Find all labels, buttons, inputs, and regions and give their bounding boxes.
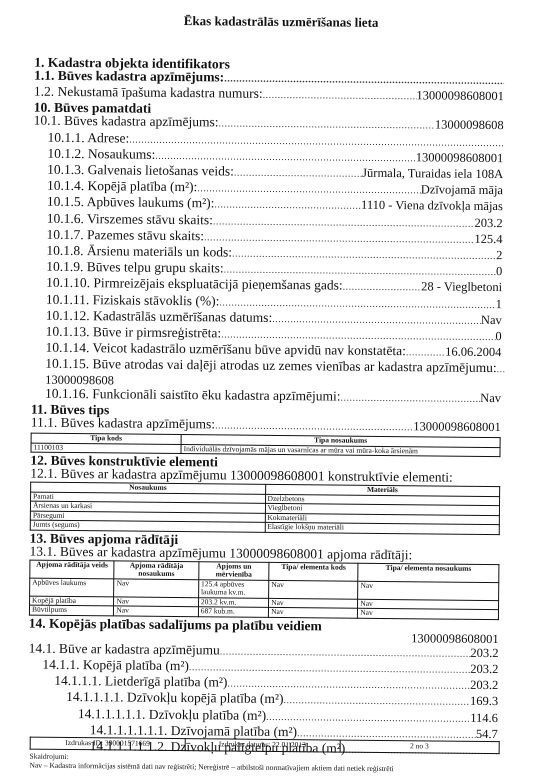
field-value: 0: [495, 329, 501, 343]
table-cell: Nav: [358, 581, 499, 600]
document-title: Ēkas kadastrālās uzmērīšanas lieta: [4, 11, 555, 32]
leader-dots: [497, 364, 505, 378]
field-label: 10.1.7. Pazemes stāvu skaits:: [47, 228, 205, 244]
section-10-fields: 10.1. Būves kadastra apzīmējums:13000098…: [31, 114, 504, 407]
field-value: 1110 - Viena dzīvokļa mājas: [361, 198, 503, 214]
leader-dots: [343, 281, 422, 296]
field-value: Nav: [481, 313, 502, 327]
print-id: Izdrukas ID: 390001571669: [30, 737, 185, 750]
field-label: 10.1.4. Kopējā platība (m²):: [47, 179, 197, 195]
field-label: 10.1.10. Pirmreizējais ekspluatācijā pie…: [46, 276, 343, 293]
table-cell: Nav: [358, 608, 499, 619]
table-cell: Nav: [269, 607, 358, 617]
column-header: Tipa/ elementa kods: [269, 562, 358, 581]
field-label: 14.1.1.1.1.1. Dzīvokļu platība (m²): [78, 707, 266, 723]
leader-dots: [220, 645, 471, 662]
leader-dots: [232, 248, 496, 265]
field-label: 14.1.1.1. Lietderīgā platība (m²): [54, 674, 227, 690]
document-content: 1. Kadastra objekta identifikators 1.1. …: [28, 56, 505, 760]
leader-dots: [224, 72, 504, 89]
field-value: 203.2: [470, 662, 498, 676]
building-code-value: 13000098608001: [411, 631, 499, 646]
field-value: 114.6: [470, 710, 498, 724]
field-label: 14.1. Būve ar kadastra apzīmējumu: [29, 641, 220, 657]
column-header: Tipa/ elementa nosaukums: [358, 563, 499, 582]
table-cell: 687 kub.m.: [198, 607, 268, 617]
leader-dots: [189, 661, 470, 678]
field-label: 10.1.2. Nosaukums:: [47, 147, 155, 162]
field-label: 14.1.1.1.1. Dzīvokļu kopējā platība (m²): [66, 690, 284, 706]
column-header: Apjoms un mērvienība: [199, 561, 270, 580]
column-header: Apjoma rādītāja veids: [30, 560, 115, 579]
field-value: 2: [496, 248, 502, 262]
field-value: 203.2: [475, 215, 503, 229]
column-header: Apjoma rādītāja nosaukums: [114, 560, 199, 579]
table-cell: 125.4 apbūves laukuma kv.m.: [198, 579, 269, 598]
leader-dots: [272, 313, 481, 329]
field-value: 203.2: [470, 678, 498, 692]
field-value: Dzīvojamā māja: [421, 183, 503, 198]
field-label: 10.1.13. Būve ir pirmsreģistrēta:: [46, 325, 222, 341]
leader-dots: [214, 199, 361, 215]
table-cell: Nav: [114, 606, 198, 616]
field-label: 10.1.16. Funkcionāli saistīto ēku kadast…: [45, 386, 341, 403]
volume-indicators-table: Apjoma rādītāja veids Apjoma rādītāja no…: [29, 559, 500, 620]
table-cell: Būvtilpums: [29, 605, 113, 615]
field-label: 10.1.3. Galvenais lietošanas veids:: [47, 163, 234, 179]
field-value: 0: [496, 264, 502, 278]
field-label: 1.2. Nekustamā īpašuma kadastra numurs:: [34, 85, 263, 101]
leader-dots: [197, 182, 421, 198]
field-value: 13000098608: [435, 118, 504, 133]
leader-dots: [213, 215, 475, 232]
document-page: Ēkas kadastrālās uzmērīšanas lieta 1. Ka…: [0, 0, 555, 783]
field-label: 10.1.5. Apbūves laukums (m²):: [47, 195, 215, 211]
field-value: 13000098608001: [416, 88, 504, 103]
field-value: 169.3: [470, 694, 498, 708]
table-cell: Nav: [269, 580, 358, 599]
leader-dots: [340, 391, 480, 407]
print-date: Izdrukas datums: 22.01.2013: [185, 739, 340, 752]
leader-dots: [204, 231, 475, 248]
field-label: 10.1.12. Kadastrālās uzmērīšanas datums:: [46, 309, 273, 325]
leader-dots: [218, 118, 435, 134]
field-label: 10.1.8. Ārsienu materiāls un kods:: [46, 244, 232, 260]
field-value: 125.4: [474, 232, 502, 246]
field-label: 10.1.11. Fiziskais stāvoklis (%):: [46, 292, 220, 308]
field-value: Jūrmala, Turaidas iela 108A: [362, 166, 503, 182]
leader-dots: [215, 419, 413, 435]
field-value: 54.7: [476, 727, 498, 741]
leader-dots: [263, 89, 417, 105]
field-value: 13000098608001: [413, 419, 501, 434]
field-label: 1.1. Būves kadastra apzīmējums:: [34, 69, 224, 85]
leader-dots: [283, 694, 470, 710]
field-label: 10.1.1. Adrese:: [47, 130, 129, 145]
field-value: 13000098608001: [416, 150, 504, 165]
page-footer: Izdrukas ID: 390001571669 Izdrukas datum…: [29, 736, 499, 775]
field-value: 203.2: [470, 646, 498, 660]
field-value: Nav: [480, 391, 501, 405]
field-label: 11.1. Būves kadastra apzīmējums:: [31, 415, 215, 431]
field-label: 10.1. Būves kadastra apzīmējums:: [34, 114, 219, 130]
structural-elements-table: Nosaukums Materiāls PamatiDzelzbetonsĀrs…: [30, 482, 500, 535]
table-cell: Nav: [114, 578, 199, 597]
field-label: 14.1.1. Kopējā platība (m²): [42, 658, 189, 674]
field-value: 28 - Vieglbetoni: [421, 280, 502, 295]
field-label: 10.1.6. Virszemes stāvu skaits:: [47, 211, 213, 227]
table-cell: Elastīgie lokšņu materiāli: [265, 522, 500, 534]
field-label: 10.1.9. Būves telpu grupu skaits:: [46, 260, 224, 276]
table-cell: Apbūves laukums: [30, 578, 115, 597]
page-number: 2 no 3: [340, 740, 500, 754]
field-value: 16.06.2004: [445, 345, 501, 360]
field-value: 1: [496, 297, 502, 311]
leader-dots: [234, 167, 362, 182]
